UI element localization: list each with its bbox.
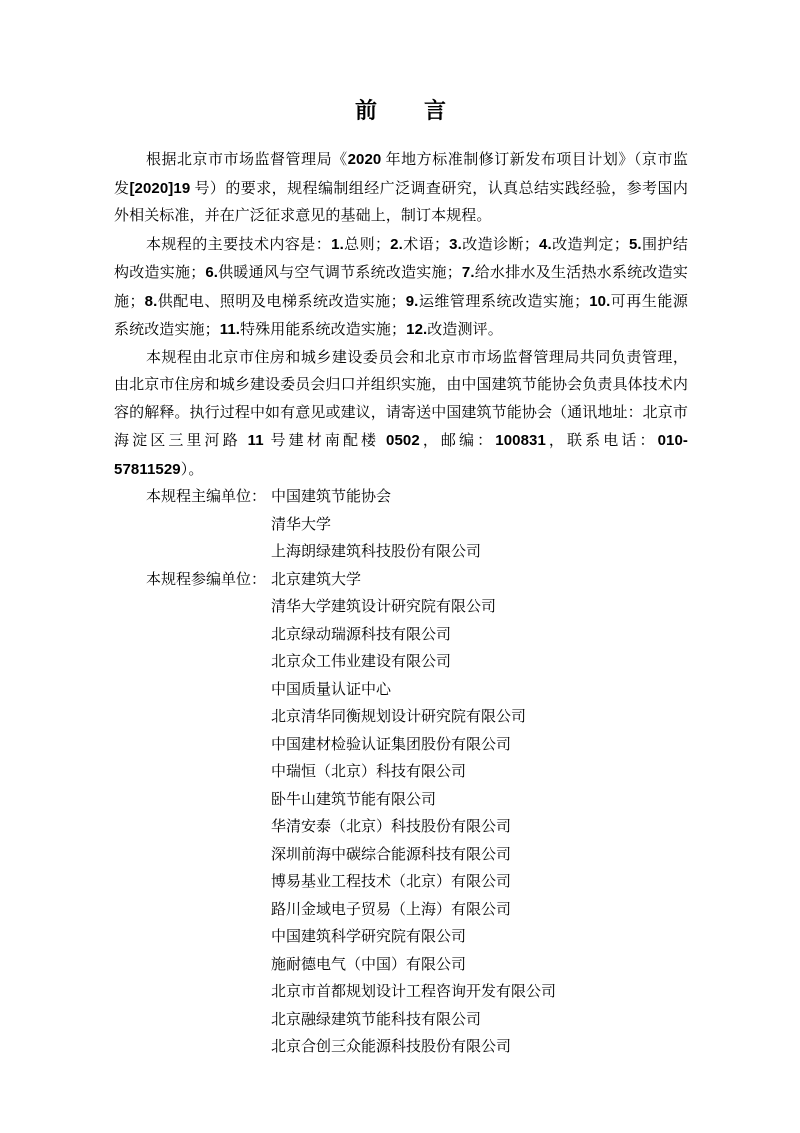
org-item: 北京合创三众能源科技股份有限公司	[271, 1034, 688, 1062]
org-item: 中瑞恒（北京）科技有限公司	[271, 759, 688, 787]
org-item: 中国建筑科学研究院有限公司	[271, 924, 688, 952]
org-item: 北京融绿建筑节能科技有限公司	[271, 1007, 688, 1035]
paragraph-basis: 根据北京市市场监督管理局《2020 年地方标准制修订新发布项目计划》（京市监发[…	[114, 146, 688, 231]
numeric-text: 11	[248, 432, 264, 449]
org-item: 施耐德电气（中国）有限公司	[271, 952, 688, 980]
org-item: 北京清华同衡规划设计研究院有限公司	[271, 704, 688, 732]
page-title: 前 言	[114, 97, 688, 125]
paragraph-management: 本规程由北京市住房和城乡建设委员会和北京市市场监督管理局共同负责管理，由北京市住…	[114, 345, 688, 485]
chief-editor-label: 本规程主编单位：	[114, 484, 267, 512]
org-item: 北京众工伟业建设有限公司	[271, 649, 688, 677]
numeric-text: 1.	[331, 236, 344, 253]
numeric-text: 2020	[348, 151, 382, 168]
org-item: 北京市首都规划设计工程咨询开发有限公司	[271, 979, 688, 1007]
numeric-text: 10.	[589, 293, 610, 310]
org-item: 中国建材检验认证集团股份有限公司	[271, 732, 688, 760]
numeric-text: 3.	[449, 236, 462, 253]
org-item: 深圳前海中碳综合能源科技有限公司	[271, 842, 688, 870]
org-item: 上海朗绿建筑科技股份有限公司	[271, 539, 688, 567]
numeric-text: 2.	[390, 236, 403, 253]
numeric-text: 7.	[462, 264, 475, 281]
numeric-text: 9.	[406, 293, 419, 310]
numeric-text: 100831	[495, 432, 546, 449]
foreword-body: 根据北京市市场监督管理局《2020 年地方标准制修订新发布项目计划》（京市监发[…	[114, 146, 688, 1062]
paragraph-contents: 本规程的主要技术内容是：1.总则；2.术语；3.改造诊断；4.改造判定；5.围护…	[114, 231, 688, 345]
numeric-text: 0502	[386, 432, 420, 449]
org-item: 清华大学建筑设计研究院有限公司	[271, 594, 688, 622]
numeric-text: 12.	[406, 321, 427, 338]
chief-editor-section: 本规程主编单位： 中国建筑节能协会清华大学上海朗绿建筑科技股份有限公司	[114, 484, 688, 567]
chief-editor-org-list: 中国建筑节能协会清华大学上海朗绿建筑科技股份有限公司	[271, 484, 688, 567]
org-item: 华清安泰（北京）科技股份有限公司	[271, 814, 688, 842]
org-item: 路川金域电子贸易（上海）有限公司	[271, 897, 688, 925]
numeric-text: 4.	[539, 236, 552, 253]
org-item: 中国质量认证中心	[271, 677, 688, 705]
numeric-text: 11.	[220, 321, 240, 338]
document-page: 前 言 根据北京市市场监督管理局《2020 年地方标准制修订新发布项目计划》（京…	[0, 0, 800, 1133]
co-editor-section: 本规程参编单位： 北京建筑大学清华大学建筑设计研究院有限公司北京绿动瑞源科技有限…	[114, 567, 688, 1062]
numeric-text: 6.	[205, 264, 218, 281]
numeric-text: [2020]19	[129, 180, 190, 197]
co-editor-label: 本规程参编单位：	[114, 567, 267, 595]
org-item: 北京绿动瑞源科技有限公司	[271, 622, 688, 650]
numeric-text: 8.	[145, 293, 158, 310]
org-item: 北京建筑大学	[271, 567, 688, 595]
org-item: 卧牛山建筑节能有限公司	[271, 787, 688, 815]
org-item: 博易基业工程技术（北京）有限公司	[271, 869, 688, 897]
co-editor-org-list: 北京建筑大学清华大学建筑设计研究院有限公司北京绿动瑞源科技有限公司北京众工伟业建…	[271, 567, 688, 1062]
numeric-text: 5.	[629, 236, 642, 253]
org-item: 中国建筑节能协会	[271, 484, 688, 512]
org-item: 清华大学	[271, 512, 688, 540]
